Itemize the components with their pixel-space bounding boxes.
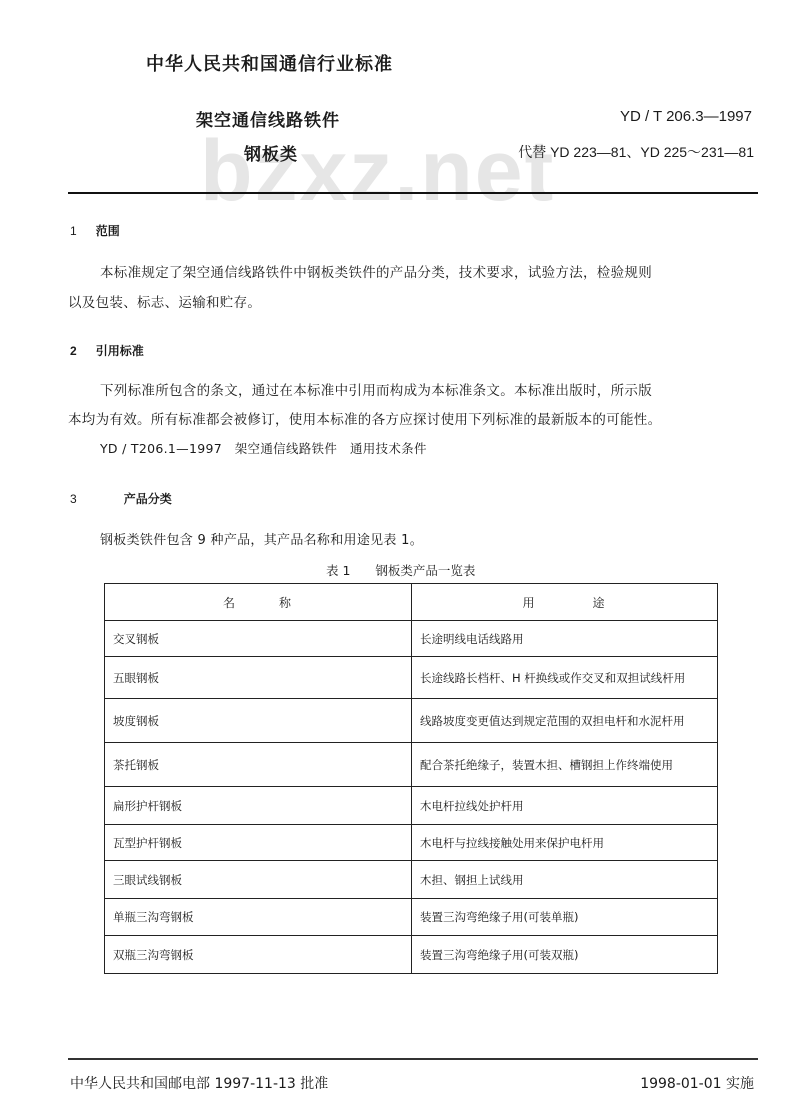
org-title: 中华人民共和国通信行业标准 xyxy=(146,50,393,76)
product-name: 五眼钢板 xyxy=(105,657,412,699)
replaces-note: 代替 YD 223—81、YD 225～231—81 xyxy=(518,142,754,162)
table-row: 双瓶三沟弯钢板 装置三沟弯绝缘子用(可装双瓶) xyxy=(105,936,718,974)
product-name: 双瓶三沟弯钢板 xyxy=(105,936,412,974)
header-divider xyxy=(68,192,758,194)
column-header-name: 名 称 xyxy=(105,584,412,621)
product-name: 单瓶三沟弯钢板 xyxy=(105,899,412,936)
paragraph: 下列标准所包含的条文，通过在本标准中引用而构成为本标准条文。本标准出版时，所示版 xyxy=(100,376,652,406)
product-name: 交叉钢板 xyxy=(105,621,412,657)
product-use: 长途明线电话线路用 xyxy=(412,621,718,657)
reference-standard: YD / T206.1—1997 架空通信线路铁件 通用技术条件 xyxy=(100,434,427,464)
section-title: 产品分类 xyxy=(124,492,172,506)
table-row: 五眼钢板 长途线路长档杆、H 杆换线或作交叉和双担试线杆用 xyxy=(105,657,718,699)
product-use: 线路坡度变更值达到规定范围的双担电杆和水泥杆用 xyxy=(412,699,718,743)
product-use: 木电杆拉线处护杆用 xyxy=(412,787,718,825)
product-table: 名 称 用 途 交叉钢板 长途明线电话线路用 五眼钢板 长途线路长档杆、H 杆换… xyxy=(104,583,718,974)
table-caption: 表 1 钢板类产品一览表 xyxy=(326,561,475,579)
product-name: 瓦型护杆钢板 xyxy=(105,825,412,861)
table-header-row: 名 称 用 途 xyxy=(105,584,718,621)
approval-note: 中华人民共和国邮电部 1997-11-13 批准 xyxy=(70,1073,328,1093)
effective-date: 1998-01-01 实施 xyxy=(640,1073,754,1093)
section-3-heading: 3 产品分类 xyxy=(70,488,172,507)
paragraph: 以及包装、标志、运输和贮存。 xyxy=(68,288,261,318)
table-row: 瓦型护杆钢板 木电杆与拉线接触处用来保护电杆用 xyxy=(105,825,718,861)
standard-subtitle: 钢板类 xyxy=(244,140,298,165)
column-header-use: 用 途 xyxy=(412,584,718,621)
section-1-heading: 1 范围 xyxy=(70,220,120,239)
paragraph: 钢板类铁件包含 9 种产品，其产品名称和用途见表 1。 xyxy=(100,526,423,556)
section-number: 2 xyxy=(70,344,77,358)
table-row: 坡度钢板 线路坡度变更值达到规定范围的双担电杆和水泥杆用 xyxy=(105,699,718,743)
product-use: 木电杆与拉线接触处用来保护电杆用 xyxy=(412,825,718,861)
product-name: 茶托钢板 xyxy=(105,743,412,787)
standard-code: YD / T 206.3—1997 xyxy=(620,108,752,125)
table-row: 交叉钢板 长途明线电话线路用 xyxy=(105,621,718,657)
section-title: 引用标准 xyxy=(96,344,144,358)
table-row: 单瓶三沟弯钢板 装置三沟弯绝缘子用(可装单瓶) xyxy=(105,899,718,936)
section-2-heading: 2 引用标准 xyxy=(70,340,144,359)
standard-title: 架空通信线路铁件 xyxy=(196,106,340,131)
table-row: 扁形护杆钢板 木电杆拉线处护杆用 xyxy=(105,787,718,825)
footer-divider xyxy=(68,1058,758,1060)
section-number: 1 xyxy=(70,224,77,238)
product-use: 装置三沟弯绝缘子用(可装单瓶) xyxy=(412,899,718,936)
product-use: 配合茶托绝缘子，装置木担、槽钢担上作终端使用 xyxy=(412,743,718,787)
section-number: 3 xyxy=(70,492,77,506)
product-name: 扁形护杆钢板 xyxy=(105,787,412,825)
product-use: 长途线路长档杆、H 杆换线或作交叉和双担试线杆用 xyxy=(412,657,718,699)
paragraph: 本均为有效。所有标准都会被修订，使用本标准的各方应探讨使用下列标准的最新版本的可… xyxy=(68,405,661,435)
product-use: 木担、钢担上试线用 xyxy=(412,861,718,899)
section-title: 范围 xyxy=(96,224,120,238)
paragraph: 本标准规定了架空通信线路铁件中钢板类铁件的产品分类，技术要求，试验方法，检验规则 xyxy=(100,258,652,288)
table-row: 三眼试线钢板 木担、钢担上试线用 xyxy=(105,861,718,899)
product-name: 坡度钢板 xyxy=(105,699,412,743)
product-name: 三眼试线钢板 xyxy=(105,861,412,899)
table-row: 茶托钢板 配合茶托绝缘子，装置木担、槽钢担上作终端使用 xyxy=(105,743,718,787)
product-use: 装置三沟弯绝缘子用(可装双瓶) xyxy=(412,936,718,974)
